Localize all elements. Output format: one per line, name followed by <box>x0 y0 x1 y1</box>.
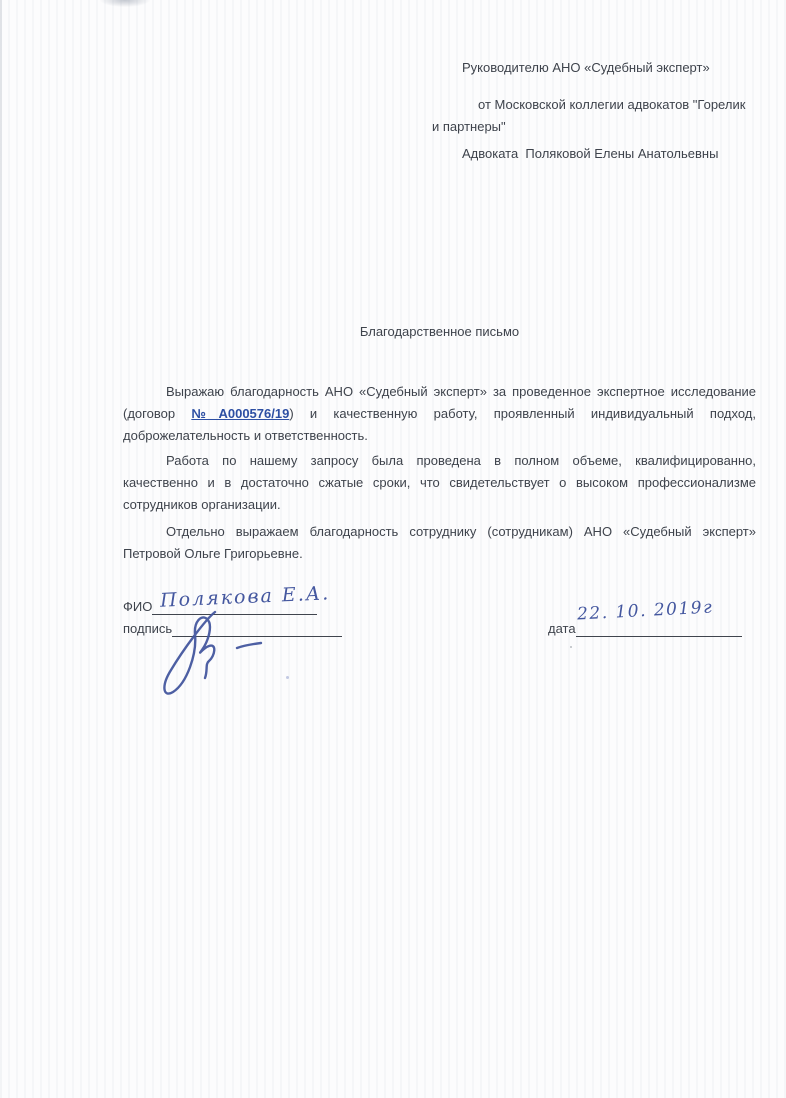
paragraph3-line2: Петровой Ольге Григорьевне. <box>123 543 756 565</box>
scan-smudge-artifact <box>100 0 150 7</box>
paragraph3-line1: Отдельно выражаем благодарность сотрудни… <box>123 521 756 543</box>
addressee-line: от Московской коллегии адвокатов "Горели… <box>432 94 766 116</box>
scan-edge-artifact <box>0 0 2 1098</box>
paragraph1-line2: (договор №А000576/19) и качественную раб… <box>123 403 756 425</box>
paragraph1-line3: доброжелательность и ответственность. <box>123 425 756 447</box>
date-label: дата <box>548 621 576 636</box>
paragraph1-line2-before: (договор <box>123 406 191 421</box>
paragraph1-line1: Выражаю благодарность АНО «Судебный эксп… <box>123 381 756 403</box>
ink-speck <box>570 646 572 648</box>
paragraph2-line2: качественно и в достаточно сжатые сроки,… <box>123 472 756 494</box>
paragraph2-line3: сотрудников организации. <box>123 494 756 516</box>
addressee-line: Адвоката Поляковой Елены Анатольевны <box>432 143 766 165</box>
paragraph2-line1: Работа по нашему запросу была проведена … <box>123 450 756 472</box>
paragraph1-line2-after: ) и качественную работу, проявленный инд… <box>289 406 756 421</box>
contract-number-link: №А000576/19 <box>191 406 289 421</box>
addressee-line: Руководителю АНО «Судебный эксперт» <box>432 57 766 79</box>
ink-speck <box>286 676 289 679</box>
scanned-letter-page: Руководителю АНО «Судебный эксперт» от М… <box>0 0 786 1098</box>
date-blank-line <box>576 621 742 637</box>
letter-title: Благодарственное письмо <box>123 321 756 343</box>
handwritten-signature <box>145 606 285 698</box>
addressee-line: и партнеры" <box>432 116 766 138</box>
addressee-block: Руководителю АНО «Судебный эксперт» от М… <box>432 57 766 165</box>
